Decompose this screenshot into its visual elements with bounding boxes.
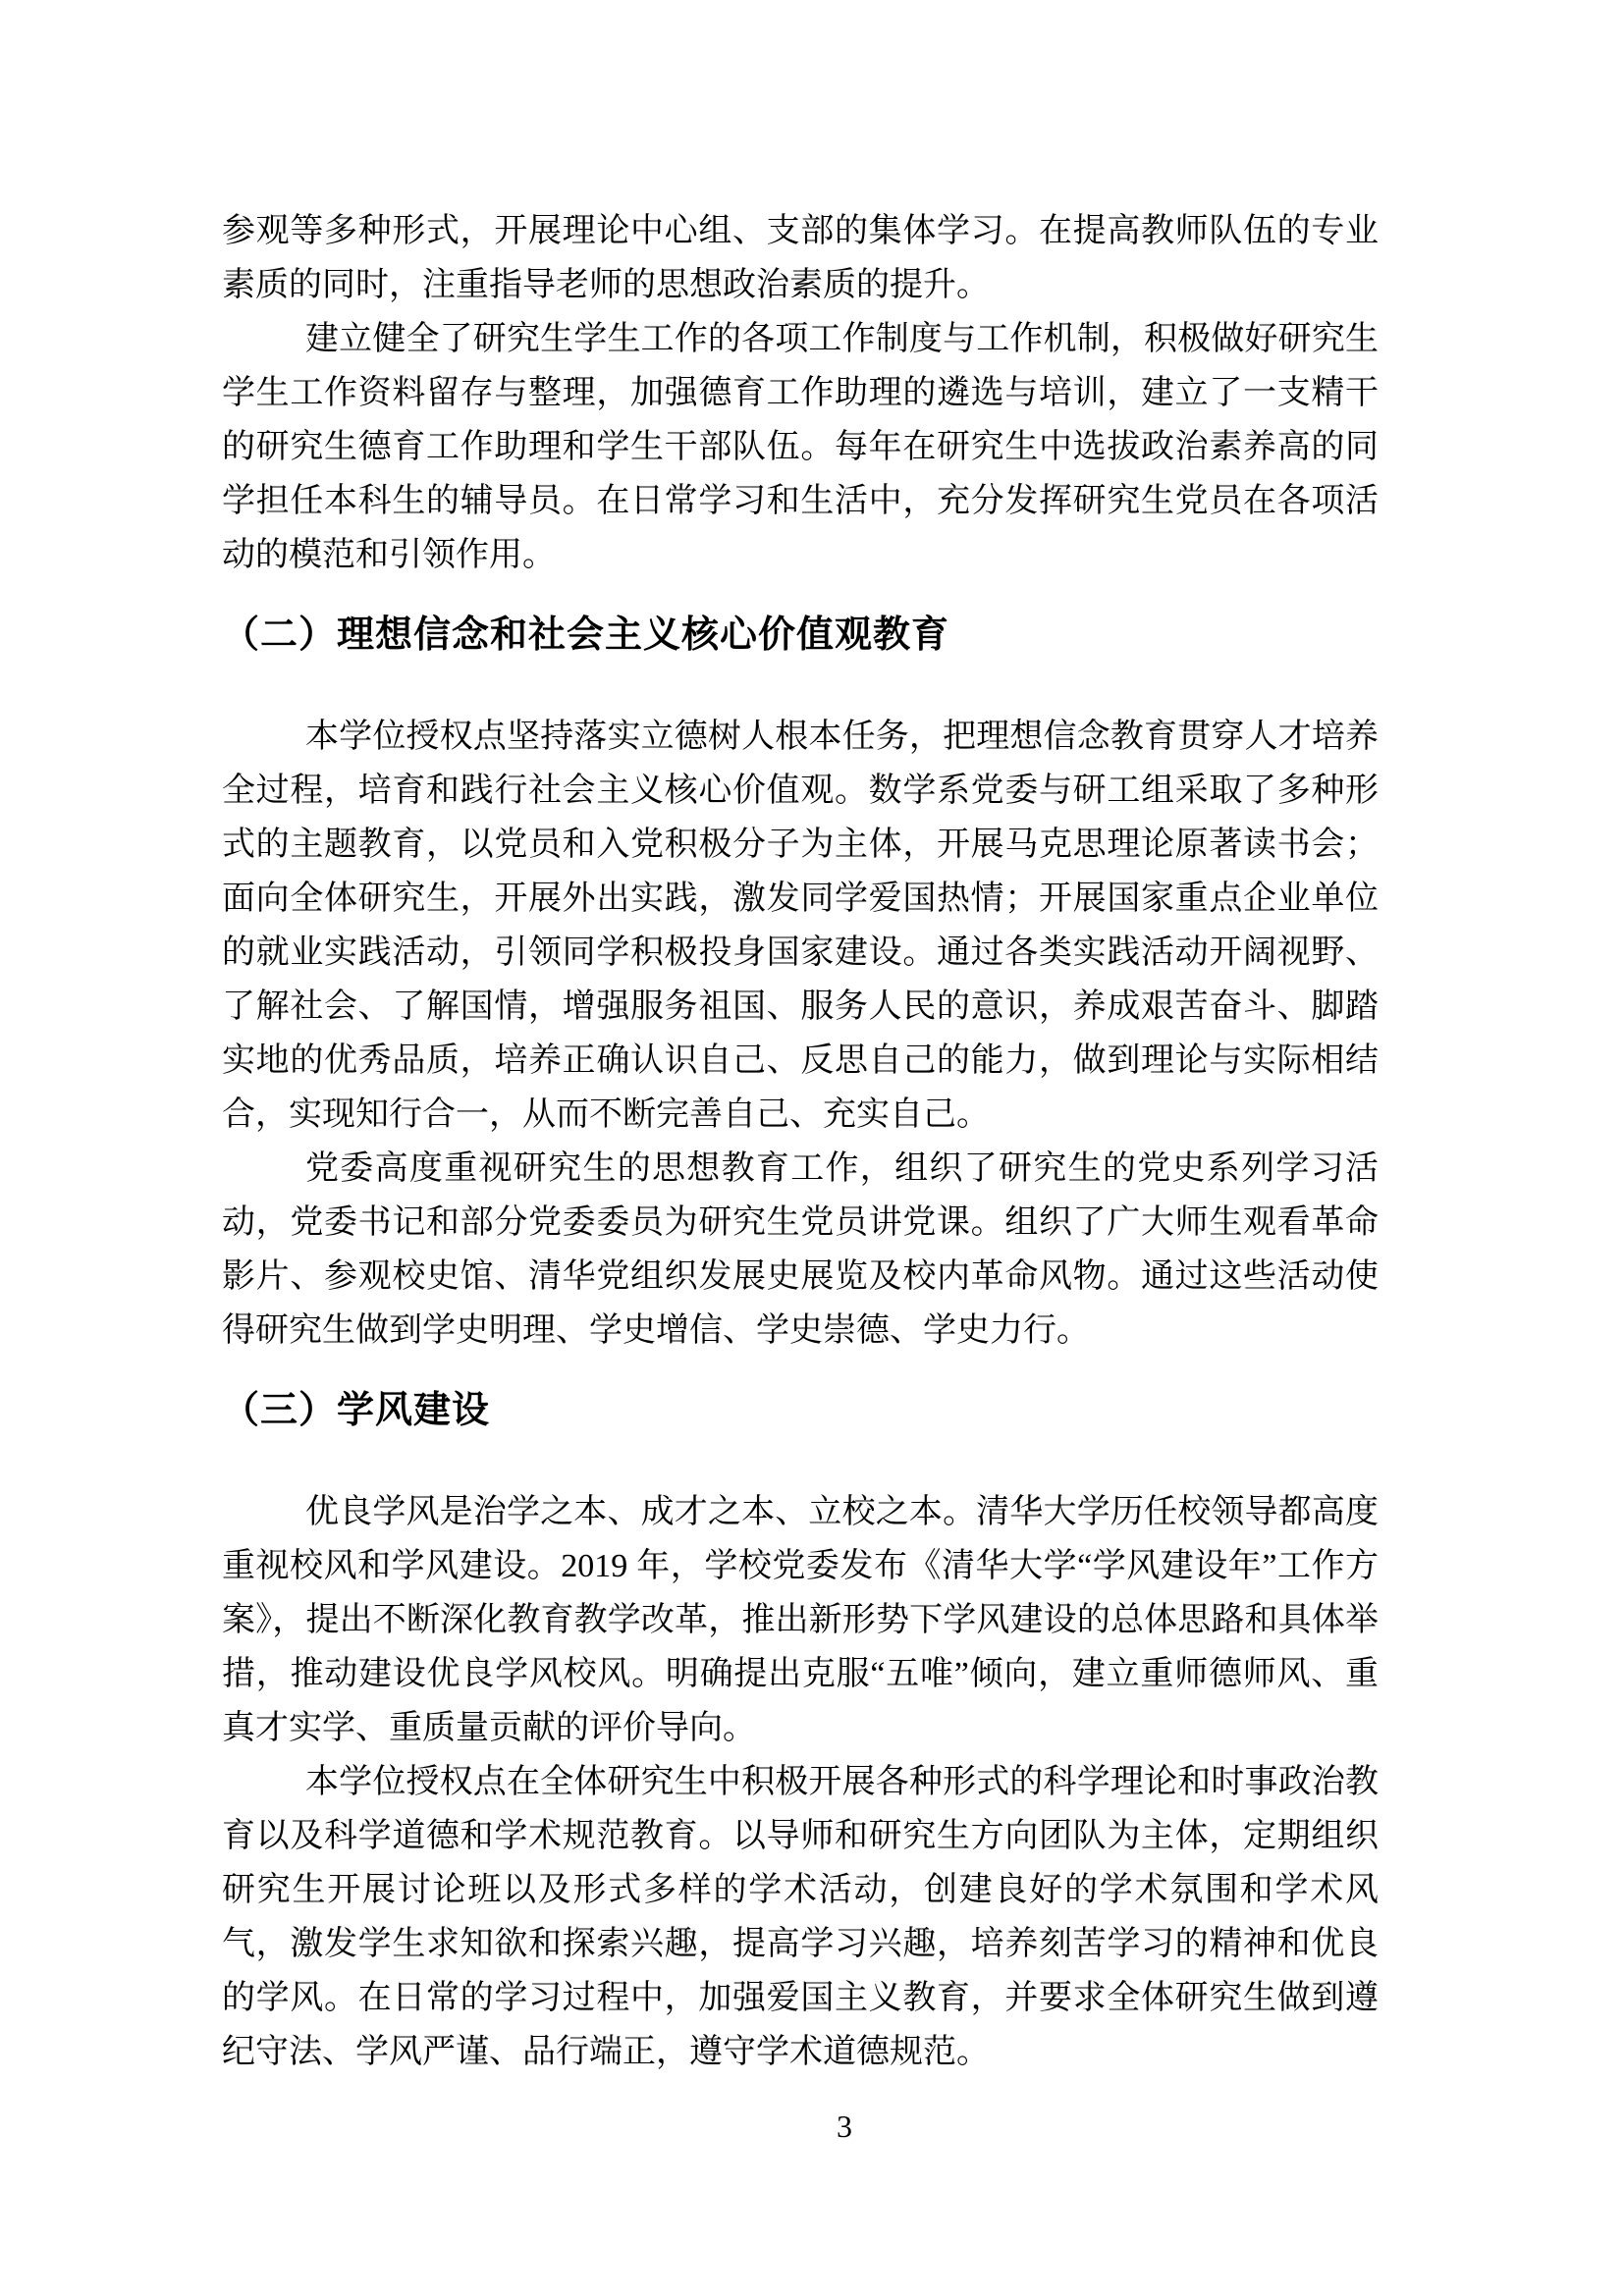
heading-ideals-and-core-values-education: （二）理想信念和社会主义核心价值观教育 bbox=[222, 608, 1379, 663]
paragraph-ideals-education-practice: 本学位授权点坚持落实立德树人根本任务，把理想信念教育贯穿人才培养全过程，培育和践… bbox=[222, 710, 1379, 1142]
heading-study-style-construction: （三）学风建设 bbox=[222, 1383, 1379, 1438]
paragraph-party-history-education: 党委高度重视研究生的思想教育工作，组织了研究生的党史系列学习活动，党委书记和部分… bbox=[222, 1142, 1379, 1358]
paragraph-academic-norms-education: 本学位授权点在全体研究生中积极开展各种形式的科学理论和时事政治教育以及科学道德和… bbox=[222, 1755, 1379, 2079]
paragraph-student-work-system: 建立健全了研究生学生工作的各项工作制度与工作机制，积极做好研究生学生工作资料留存… bbox=[222, 312, 1379, 582]
document-text-block: 参观等多种形式，开展理论中心组、支部的集体学习。在提高教师队伍的专业素质的同时，… bbox=[222, 204, 1379, 2079]
document-page: 参观等多种形式，开展理论中心组、支部的集体学习。在提高教师队伍的专业素质的同时，… bbox=[0, 0, 1624, 2296]
paragraph-teacher-study-continued: 参观等多种形式，开展理论中心组、支部的集体学习。在提高教师队伍的专业素质的同时，… bbox=[222, 204, 1379, 312]
paragraph-study-style-policy: 优良学风是治学之本、成才之本、立校之本。清华大学历任校领导都高度重视校风和学风建… bbox=[222, 1485, 1379, 1755]
page-number: 3 bbox=[222, 2107, 1467, 2146]
